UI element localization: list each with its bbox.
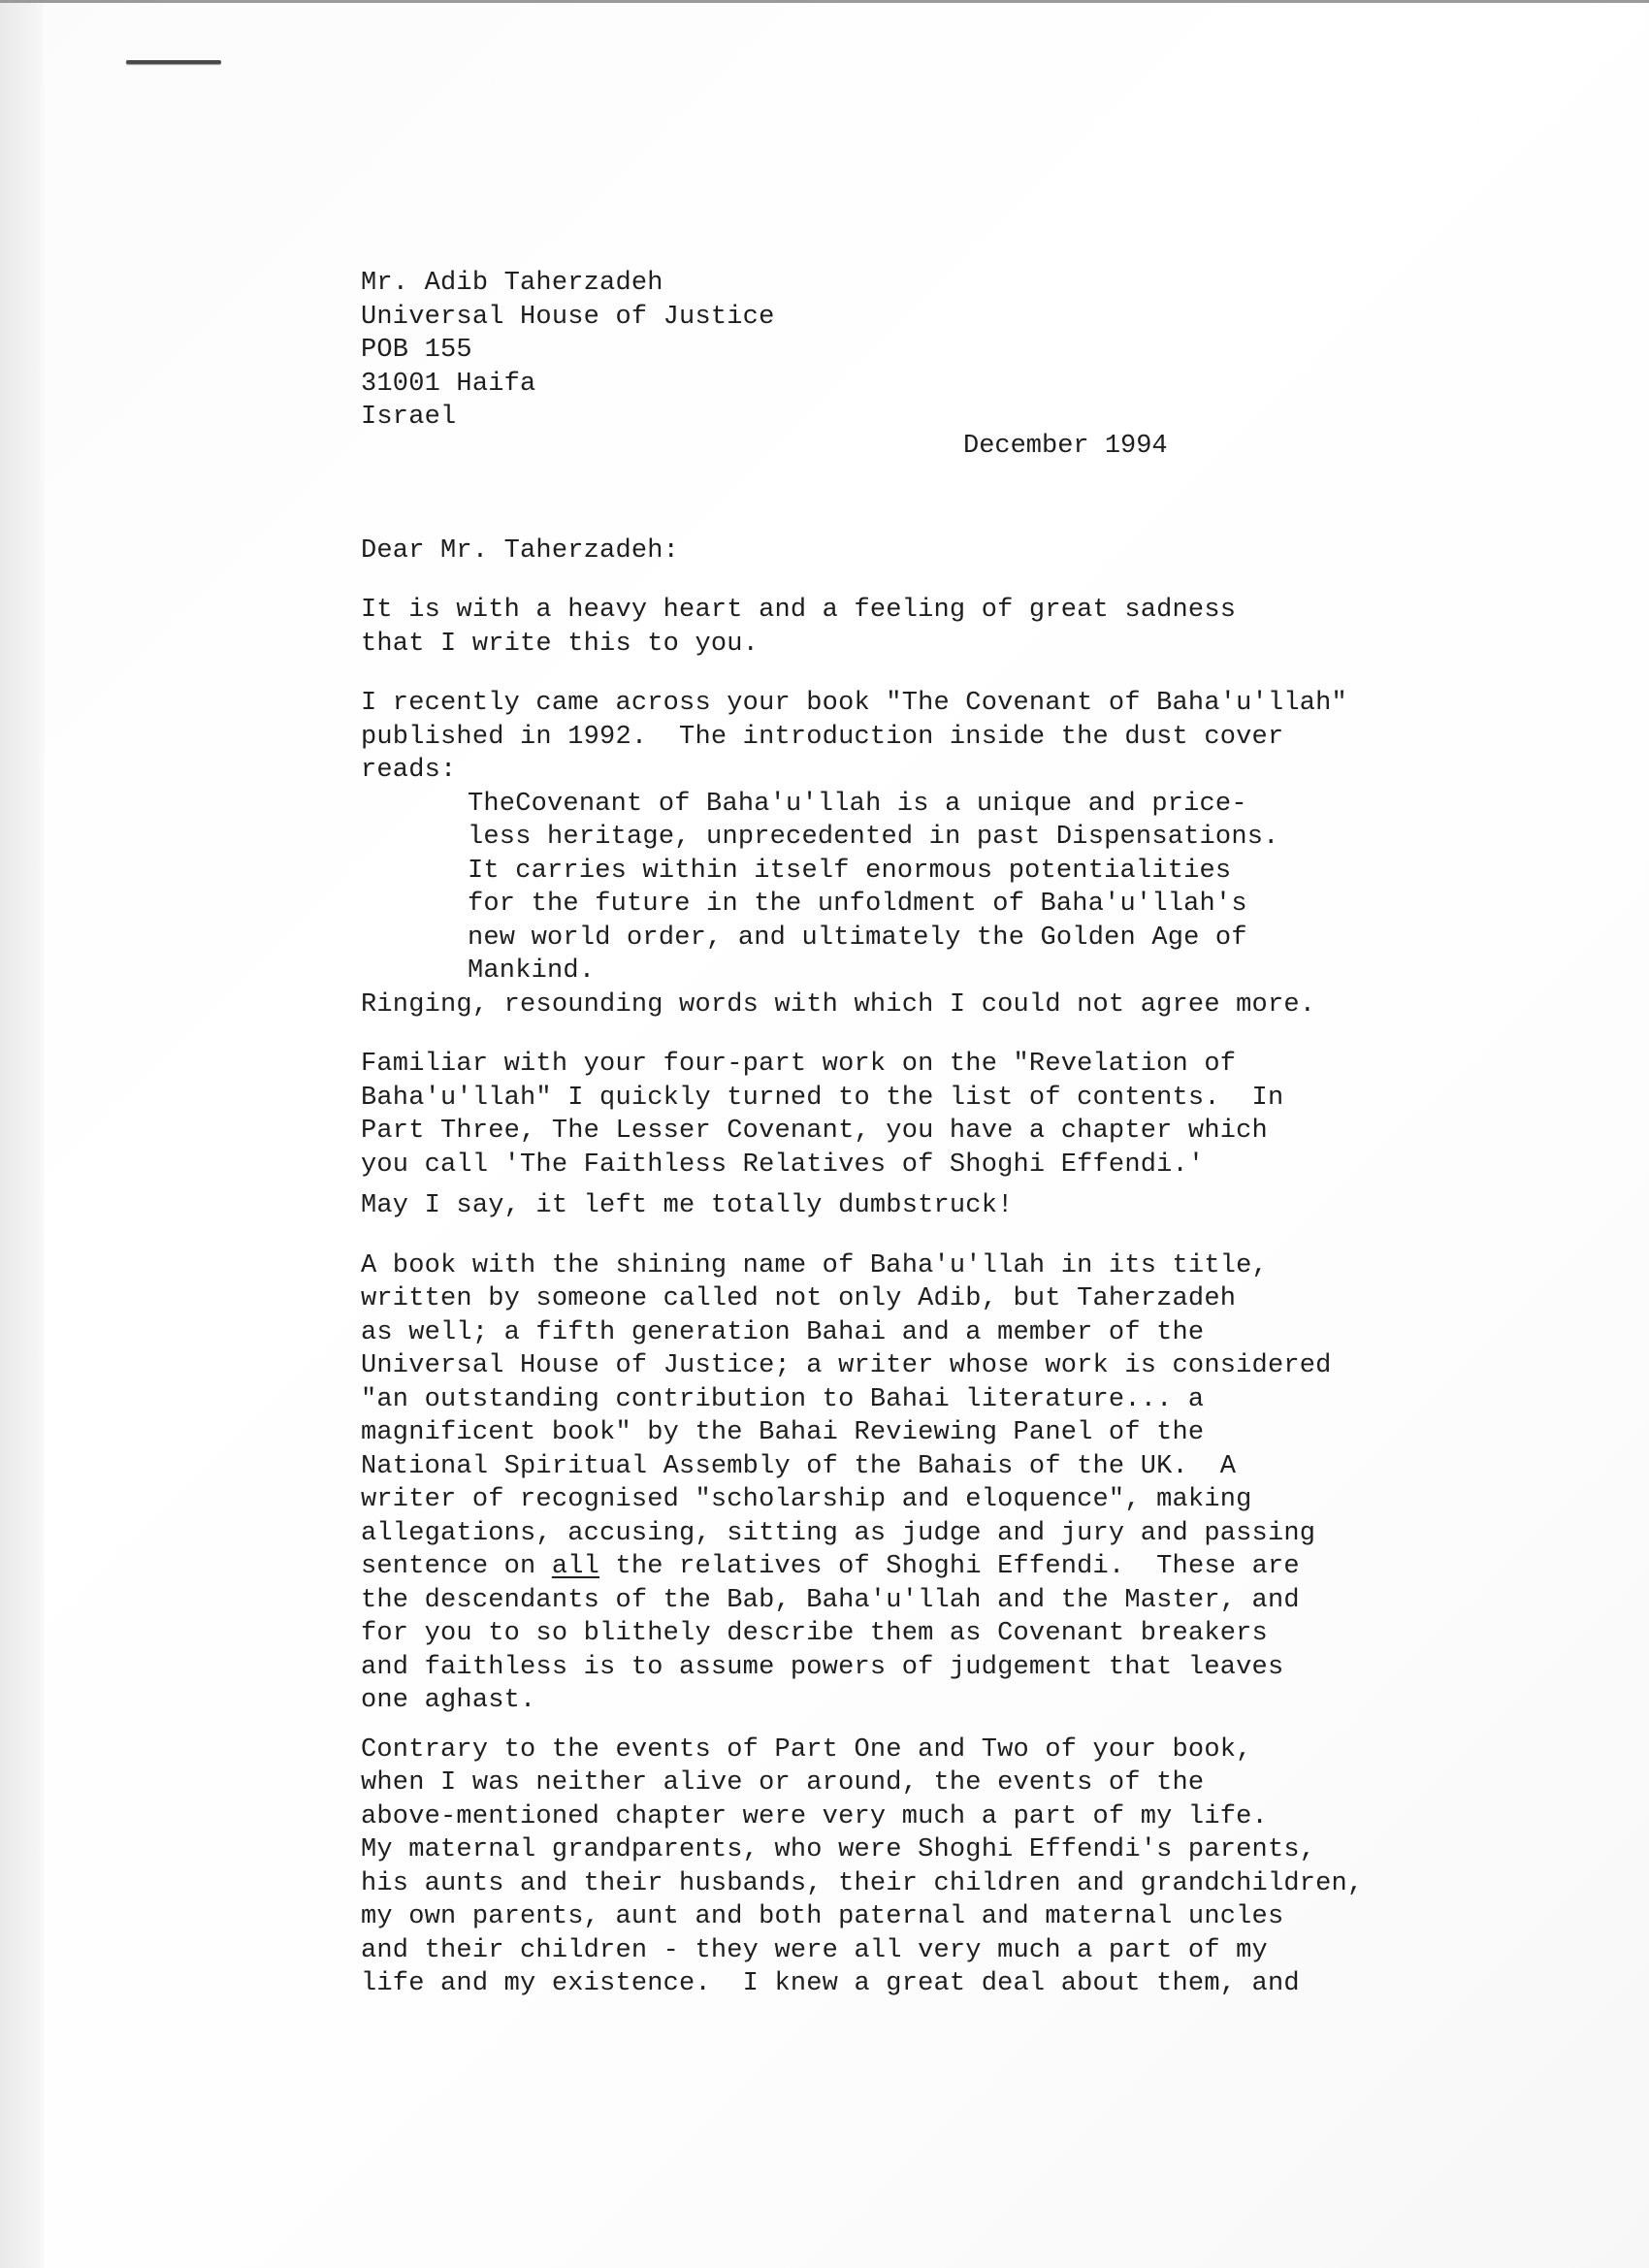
quote-line: new world order, and ultimately the Gold… <box>468 922 1525 956</box>
text-fragment: the relatives of Shoghi Effendi. These a… <box>599 1552 1300 1581</box>
quote-line: It carries within itself enormous potent… <box>468 855 1525 889</box>
text-line: Ringing, resounding words with which I c… <box>361 988 1525 1022</box>
paragraph-opening: It is with a heavy heart and a feeling o… <box>361 594 1525 661</box>
text-line: the descendants of the Bab, Baha'u'llah … <box>361 1584 1525 1618</box>
salutation: Dear Mr. Taherzadeh: <box>361 535 1525 568</box>
address-line: 31001 Haifa <box>361 368 1525 402</box>
underlined-word: all <box>552 1552 599 1581</box>
text-line: above-mentioned chapter were very much a… <box>361 1800 1525 1834</box>
text-line: and their children - they were all very … <box>361 1934 1525 1968</box>
text-line: and faithless is to assume powers of jud… <box>361 1651 1525 1685</box>
paragraph-book-intro: I recently came across your book "The Co… <box>361 687 1525 788</box>
staple-mark <box>126 60 221 64</box>
text-line: Baha'u'llah" I quickly turned to the lis… <box>361 1082 1525 1116</box>
quote-line: less heritage, unprecedented in past Dis… <box>468 821 1525 855</box>
page-top-edge <box>0 0 1649 3</box>
text-line: Part Three, The Lesser Covenant, you hav… <box>361 1115 1525 1149</box>
text-line: "an outstanding contribution to Bahai li… <box>361 1383 1525 1417</box>
quote-line: TheCovenant of Baha'u'llah is a unique a… <box>468 788 1525 822</box>
paragraph-dumbstruck: May I say, it left me totally dumbstruck… <box>361 1189 1525 1223</box>
quote-line: for the future in the unfoldment of Baha… <box>468 888 1525 922</box>
address-line: Universal House of Justice <box>361 301 1525 335</box>
text-line: that I write this to you. <box>361 628 1525 662</box>
text-line: May I say, it left me totally dumbstruck… <box>361 1189 1525 1223</box>
text-line: I recently came across your book "The Co… <box>361 687 1525 721</box>
text-line: life and my existence. I knew a great de… <box>361 1967 1525 2001</box>
text-line: allegations, accusing, sitting as judge … <box>361 1517 1525 1551</box>
text-line: Universal House of Justice; a writer who… <box>361 1349 1525 1383</box>
salutation-text: Dear Mr. Taherzadeh: <box>361 535 1525 568</box>
text-line: My maternal grandparents, who were Shogh… <box>361 1833 1525 1867</box>
text-line: you call 'The Faithless Relatives of Sho… <box>361 1149 1525 1183</box>
paragraph-familiar: Familiar with your four-part work on the… <box>361 1048 1525 1182</box>
text-line: National Spiritual Assembly of the Bahai… <box>361 1450 1525 1484</box>
paragraph-book-shining-name: A book with the shining name of Baha'u'l… <box>361 1249 1525 1718</box>
address-line: Israel <box>361 401 1525 435</box>
text-line-with-underline: sentence on all the relatives of Shoghi … <box>361 1550 1525 1584</box>
text-line: Familiar with your four-part work on the… <box>361 1048 1525 1082</box>
paragraph-contrary: Contrary to the events of Part One and T… <box>361 1733 1525 2001</box>
recipient-address: Mr. Adib Taherzadeh Universal House of J… <box>361 267 1525 435</box>
quote-line: Mankind. <box>468 955 1525 988</box>
text-line: for you to so blithely describe them as … <box>361 1617 1525 1651</box>
text-line: written by someone called not only Adib,… <box>361 1282 1525 1316</box>
text-line: It is with a heavy heart and a feeling o… <box>361 594 1525 628</box>
text-line: published in 1992. The introduction insi… <box>361 721 1525 755</box>
text-line: writer of recognised "scholarship and el… <box>361 1483 1525 1517</box>
paragraph-ringing: Ringing, resounding words with which I c… <box>361 988 1525 1022</box>
text-line: reads: <box>361 754 1525 788</box>
letter-body: Mr. Adib Taherzadeh Universal House of J… <box>361 267 1525 2001</box>
text-line: Contrary to the events of Part One and T… <box>361 1733 1525 1767</box>
text-line: his aunts and their husbands, their chil… <box>361 1867 1525 1901</box>
address-line: POB 155 <box>361 334 1525 368</box>
address-line: Mr. Adib Taherzadeh <box>361 267 1525 301</box>
text-line: as well; a fifth generation Bahai and a … <box>361 1316 1525 1350</box>
block-quote: TheCovenant of Baha'u'llah is a unique a… <box>361 788 1525 988</box>
scanned-page: December 1994 Mr. Adib Taherzadeh Univer… <box>0 0 1649 2268</box>
text-line: my own parents, aunt and both paternal a… <box>361 1900 1525 1934</box>
page-left-edge-shadow <box>0 0 45 2268</box>
text-line: magnificent book" by the Bahai Reviewing… <box>361 1416 1525 1450</box>
text-line: when I was neither alive or around, the … <box>361 1766 1525 1800</box>
text-line: one aghast. <box>361 1684 1525 1718</box>
text-line: A book with the shining name of Baha'u'l… <box>361 1249 1525 1283</box>
text-fragment: sentence on <box>361 1552 552 1581</box>
